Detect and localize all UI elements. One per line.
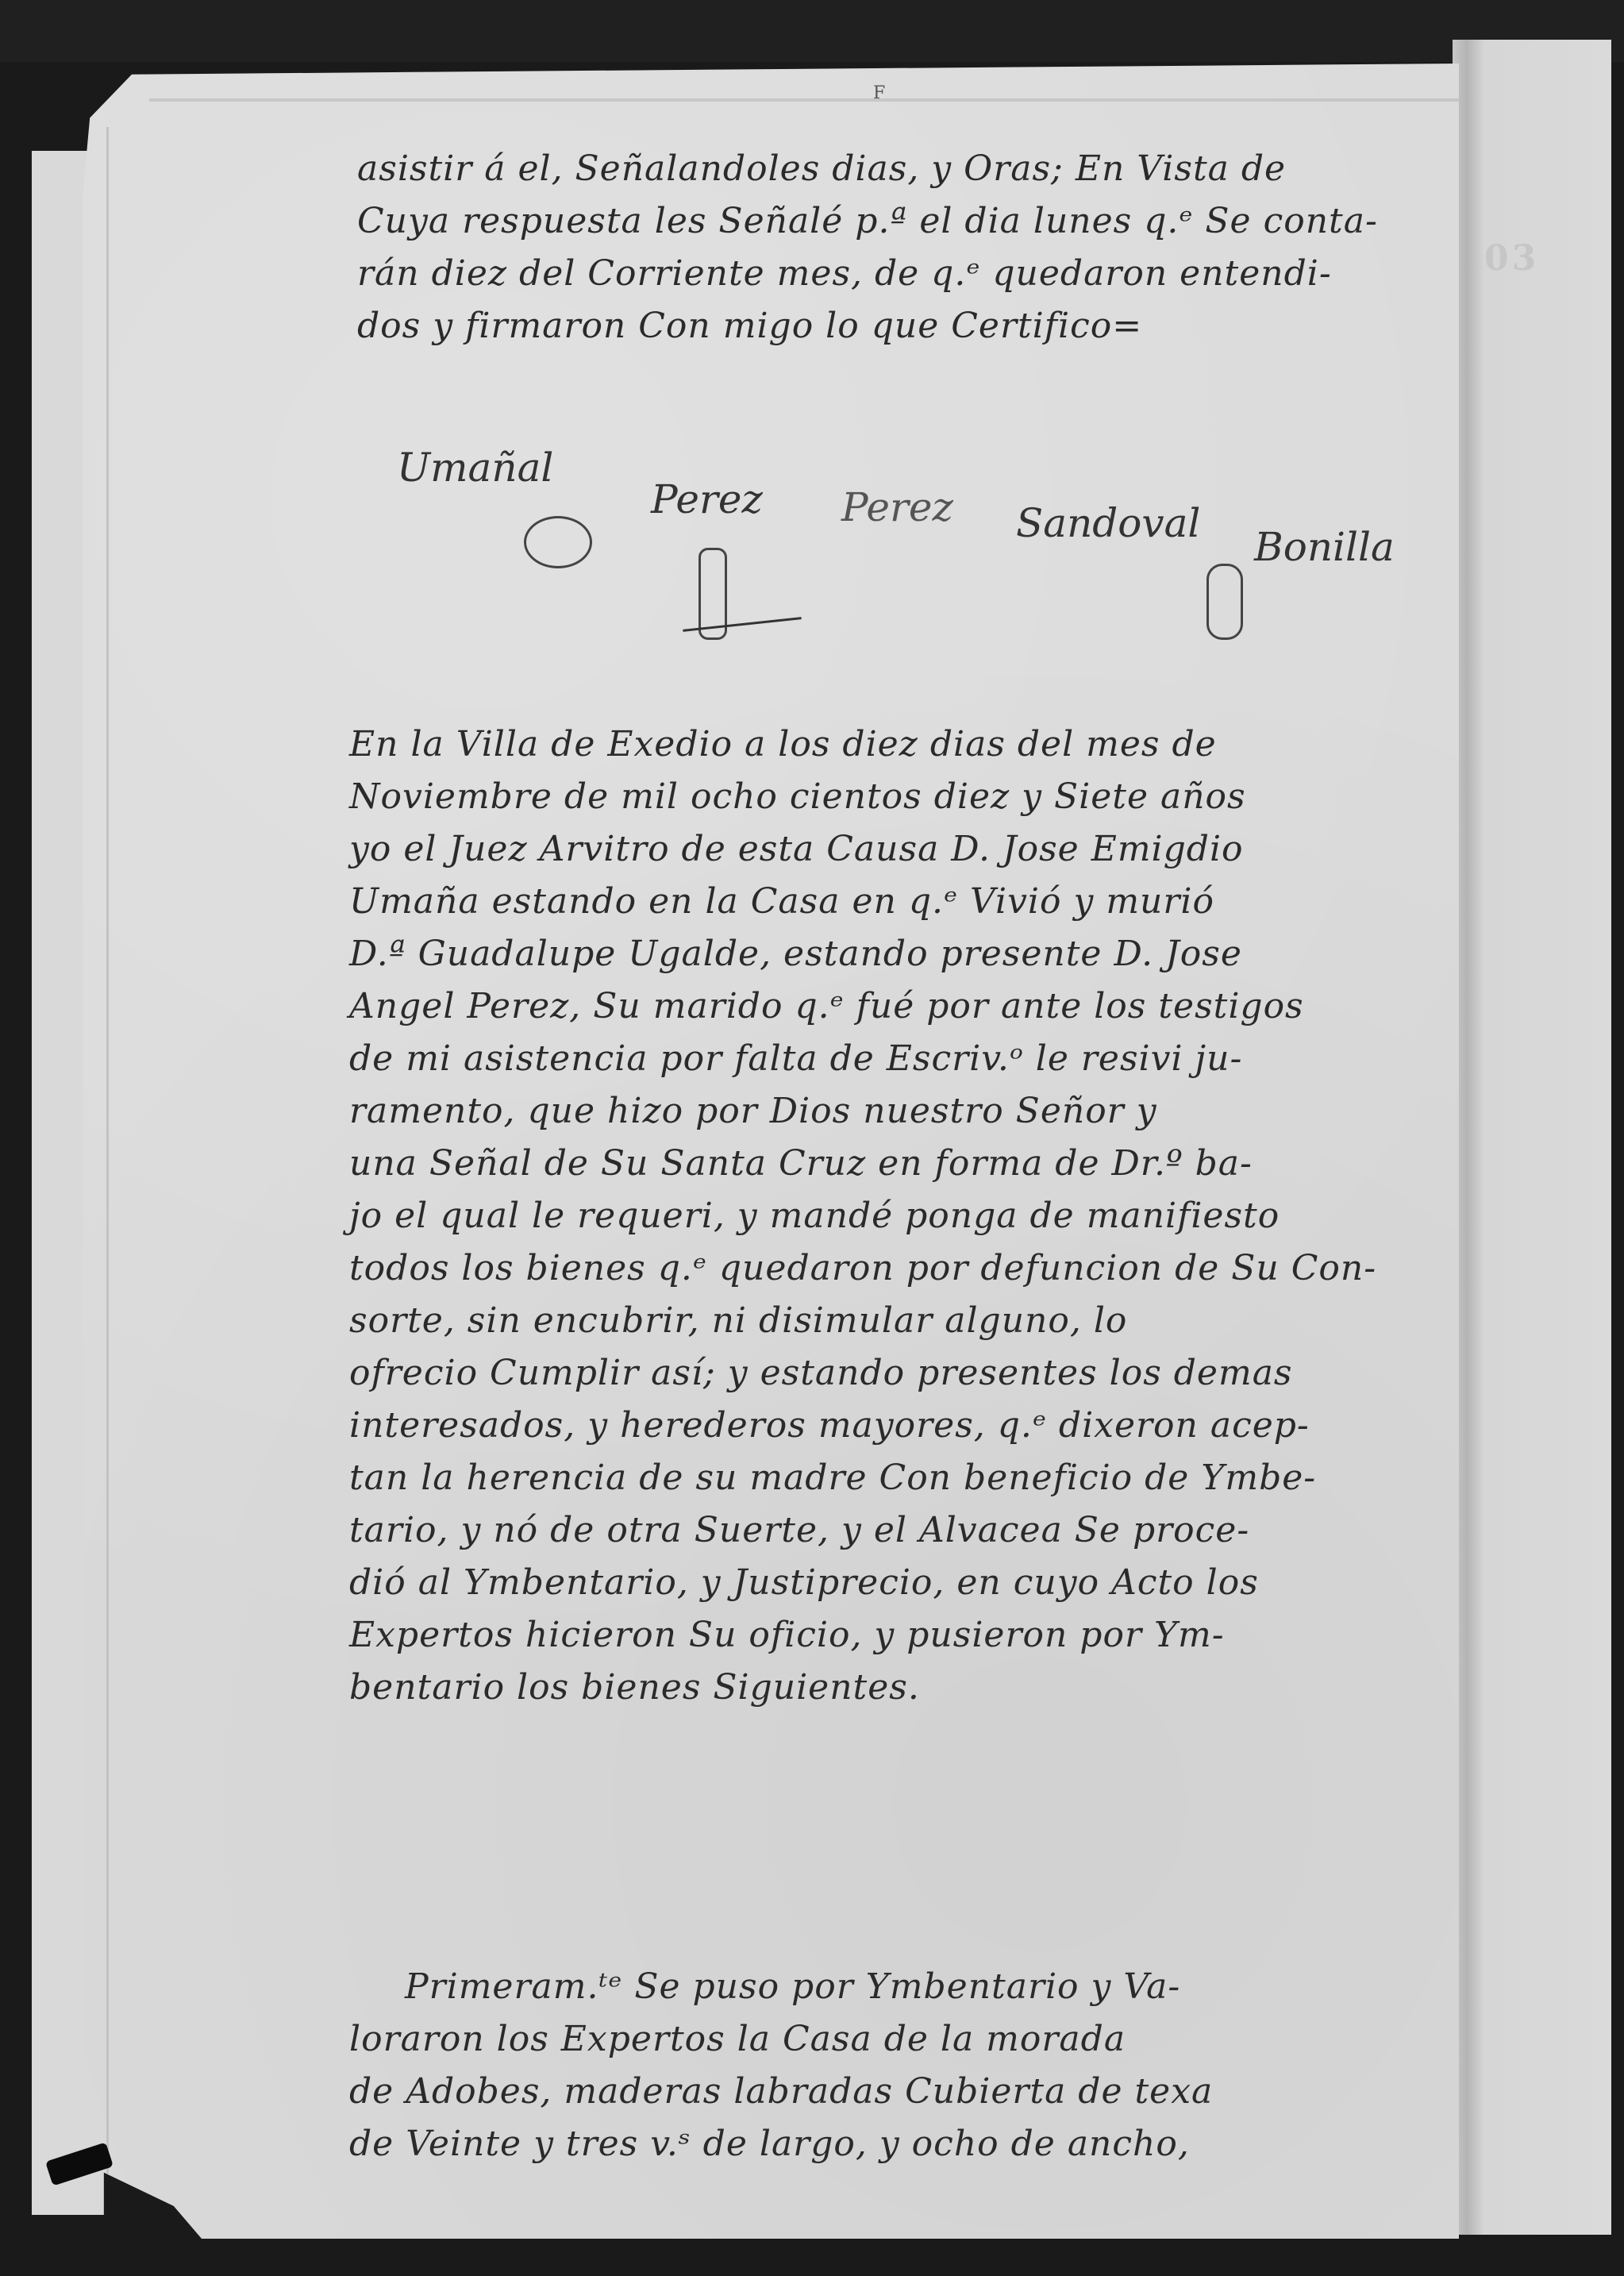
text-line: de mi asistencia por falta de Escriv.ᵒ l… (349, 1033, 1376, 1085)
text-line: yo el Juez Arvitro de esta Causa D. Jose… (349, 823, 1376, 876)
text-line: asistir á el, Señalandoles dias, y Oras;… (357, 143, 1378, 195)
text-line: Expertos hicieron Su oficio, y pusieron … (349, 1609, 1376, 1662)
folio-mark: F (873, 83, 885, 103)
signature-block: Umañal Perez Perez Sandoval Bonilla (397, 445, 1453, 667)
text-line: En la Villa de Exedio a los diez dias de… (349, 718, 1376, 771)
text-line: sorte, sin encubrir, ni disimular alguno… (349, 1295, 1376, 1347)
text-line: Cuya respuesta les Señalé p.ª el dia lun… (357, 195, 1378, 248)
faded-stamp: 03 (1484, 238, 1539, 279)
text-line: una Señal de Su Santa Cruz en forma de D… (349, 1138, 1376, 1190)
text-line: Angel Perez, Su marido q.ᵉ fué por ante … (349, 980, 1376, 1033)
rubric-flourish (524, 516, 592, 568)
text-line: ramento, que hizo por Dios nuestro Señor… (349, 1085, 1376, 1138)
text-line: tario, y nó de otra Suerte, y el Alvacea… (349, 1504, 1376, 1557)
text-line: bentario los bienes Siguientes. (349, 1662, 1376, 1714)
signature: Bonilla (1254, 524, 1395, 570)
scan-background-top (0, 0, 1624, 62)
signature: Perez (651, 476, 763, 522)
text-line: jo el qual le requeri, y mandé ponga de … (349, 1190, 1376, 1242)
text-line: Noviembre de mil ocho cientos diez y Sie… (349, 771, 1376, 823)
main-paragraph: En la Villa de Exedio a los diez dias de… (349, 718, 1376, 1714)
text-line: D.ª Guadalupe Ugalde, estando presente D… (349, 928, 1376, 980)
inventory-paragraph: Primeram.ᵗᵉ Se puso por Ymbentario y Va-… (349, 1961, 1213, 2170)
rubric-flourish (1206, 564, 1243, 640)
text-line: Umaña estando en la Casa en q.ᵉ Vivió y … (349, 876, 1376, 928)
adjacent-sheet: 03 (1453, 40, 1611, 2235)
text-line: dos y firmaron Con migo lo que Certifico… (357, 300, 1378, 352)
text-line: ofrecio Cumplir así; y estando presentes… (349, 1347, 1376, 1400)
signature: Umañal (397, 445, 553, 491)
text-line: de Adobes, maderas labradas Cubierta de … (349, 2066, 1213, 2118)
signature: Perez (841, 484, 953, 530)
text-line: Primeram.ᵗᵉ Se puso por Ymbentario y Va- (349, 1961, 1213, 2013)
text-line: de Veinte y tres v.ˢ de largo, y ocho de… (349, 2118, 1213, 2170)
continuation-paragraph: asistir á el, Señalandoles dias, y Oras;… (357, 143, 1378, 352)
text-line: interesados, y herederos mayores, q.ᵉ di… (349, 1400, 1376, 1452)
text-line: todos los bienes q.ᵉ quedaron por defunc… (349, 1242, 1376, 1295)
text-line: dió al Ymbentario, y Justiprecio, en cuy… (349, 1557, 1376, 1609)
fold-line (106, 127, 109, 2191)
signature: Sandoval (1016, 500, 1200, 546)
text-line: rán diez del Corriente mes, de q.ᵉ queda… (357, 248, 1378, 300)
text-line: loraron los Expertos la Casa de la morad… (349, 2013, 1213, 2066)
text-line: tan la herencia de su madre Con benefici… (349, 1452, 1376, 1504)
fold-line (149, 98, 1459, 102)
